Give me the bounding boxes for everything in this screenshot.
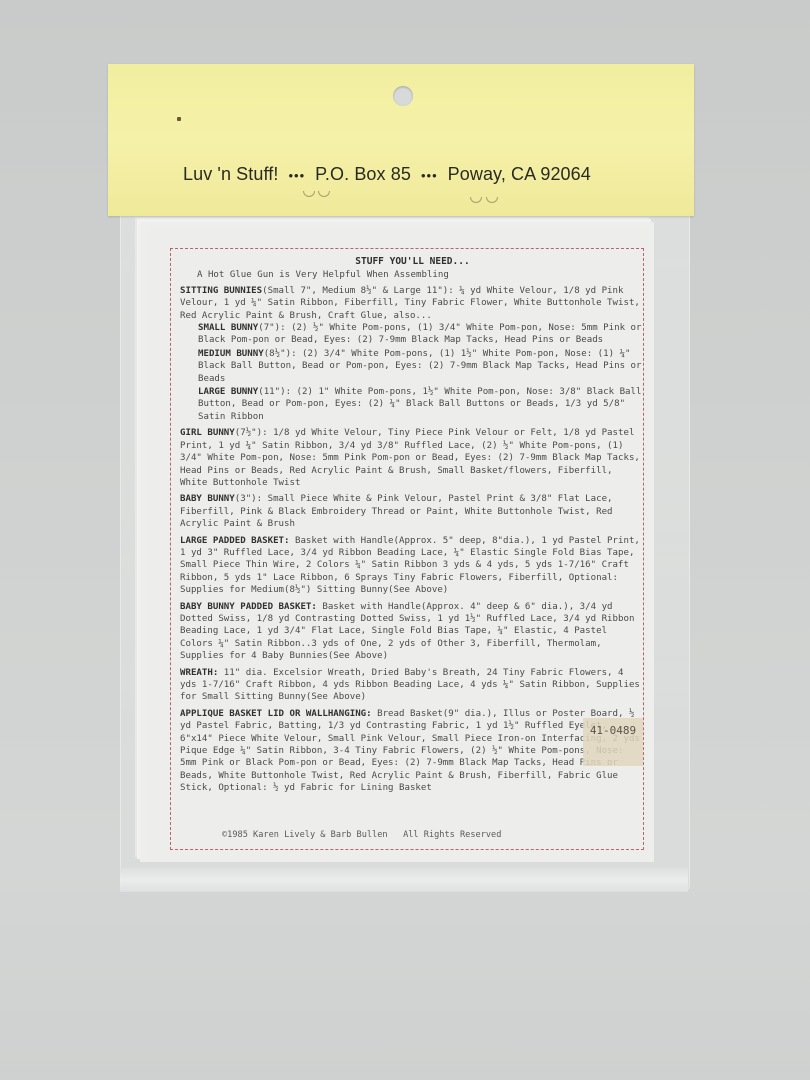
copyright-line: ©1985 Karen Lively & Barb Bullen All Rig…	[222, 830, 501, 840]
bag-seal	[120, 868, 688, 892]
supply-item: APPLIQUE BASKET LID OR WALLHANGING: Brea…	[180, 708, 645, 795]
sheet-subtitle: A Hot Glue Gun is Very Helpful When Asse…	[180, 269, 645, 281]
separator-dots-icon: •••	[421, 168, 438, 183]
supply-item: BABY BUNNY(3"): Small Piece White & Pink…	[180, 493, 645, 530]
subitem-name: MEDIUM BUNNY	[198, 349, 264, 359]
supply-item: SITTING BUNNIES(Small 7", Medium 8½" & L…	[180, 285, 645, 423]
sheet-title: STUFF YOU'LL NEED...	[180, 256, 645, 268]
subitem-text: (7"): (2) ½" White Pom-pons, (1) 3/4" Wh…	[198, 323, 641, 345]
item-text: 11" dia. Excelsior Wreath, Dried Baby's …	[180, 668, 640, 703]
price-sticker: 41-0489	[583, 718, 643, 766]
supply-subitem: SMALL BUNNY(7"): (2) ½" White Pom-pons, …	[180, 322, 645, 347]
subitem-text: (11"): (2) 1" White Pom-pons, 1½" White …	[198, 387, 641, 422]
supply-list: STUFF YOU'LL NEED... A Hot Glue Gun is V…	[180, 256, 645, 799]
separator-dots-icon: •••	[288, 168, 305, 183]
subitem-text: (8½"): (2) 3/4" White Pom-pons, (1) 1½" …	[198, 349, 641, 384]
item-text: Bread Basket(9" dia.), Illus or Poster B…	[180, 709, 640, 793]
supply-item: LARGE PADDED BASKET: Basket with Handle(…	[180, 535, 645, 597]
item-text: (3"): Small Piece White & Pink Velour, P…	[180, 494, 613, 529]
subitem-name: LARGE BUNNY	[198, 387, 258, 397]
city: Poway, CA 92064	[448, 164, 591, 185]
supply-subitem: MEDIUM BUNNY(8½"): (2) 3/4" White Pom-po…	[180, 348, 645, 385]
item-name: BABY BUNNY PADDED BASKET:	[180, 602, 317, 612]
speck	[177, 117, 181, 121]
item-name: GIRL BUNNY	[180, 428, 235, 438]
item-name: BABY BUNNY	[180, 494, 235, 504]
subitem-name: SMALL BUNNY	[198, 323, 258, 333]
hang-hole	[393, 86, 413, 106]
item-text: (7½"): 1/8 yd White Velour, Tiny Piece P…	[180, 428, 640, 488]
item-name: APPLIQUE BASKET LID OR WALLHANGING:	[180, 709, 372, 719]
item-name: SITTING BUNNIES	[180, 286, 262, 296]
supply-item: GIRL BUNNY(7½"): 1/8 yd White Velour, Ti…	[180, 427, 645, 489]
supply-item: BABY BUNNY PADDED BASKET: Basket with Ha…	[180, 601, 645, 663]
company-name: Luv 'n Stuff!	[183, 164, 278, 185]
supply-subitem: LARGE BUNNY(11"): (2) 1" White Pom-pons,…	[180, 386, 645, 423]
item-name: LARGE PADDED BASKET:	[180, 536, 290, 546]
header-address: Luv 'n Stuff!•••P.O. Box 85•••Poway, CA …	[183, 164, 591, 185]
po-box: P.O. Box 85	[315, 164, 411, 185]
supply-item: WREATH: 11" dia. Excelsior Wreath, Dried…	[180, 667, 645, 704]
item-name: WREATH:	[180, 668, 218, 678]
